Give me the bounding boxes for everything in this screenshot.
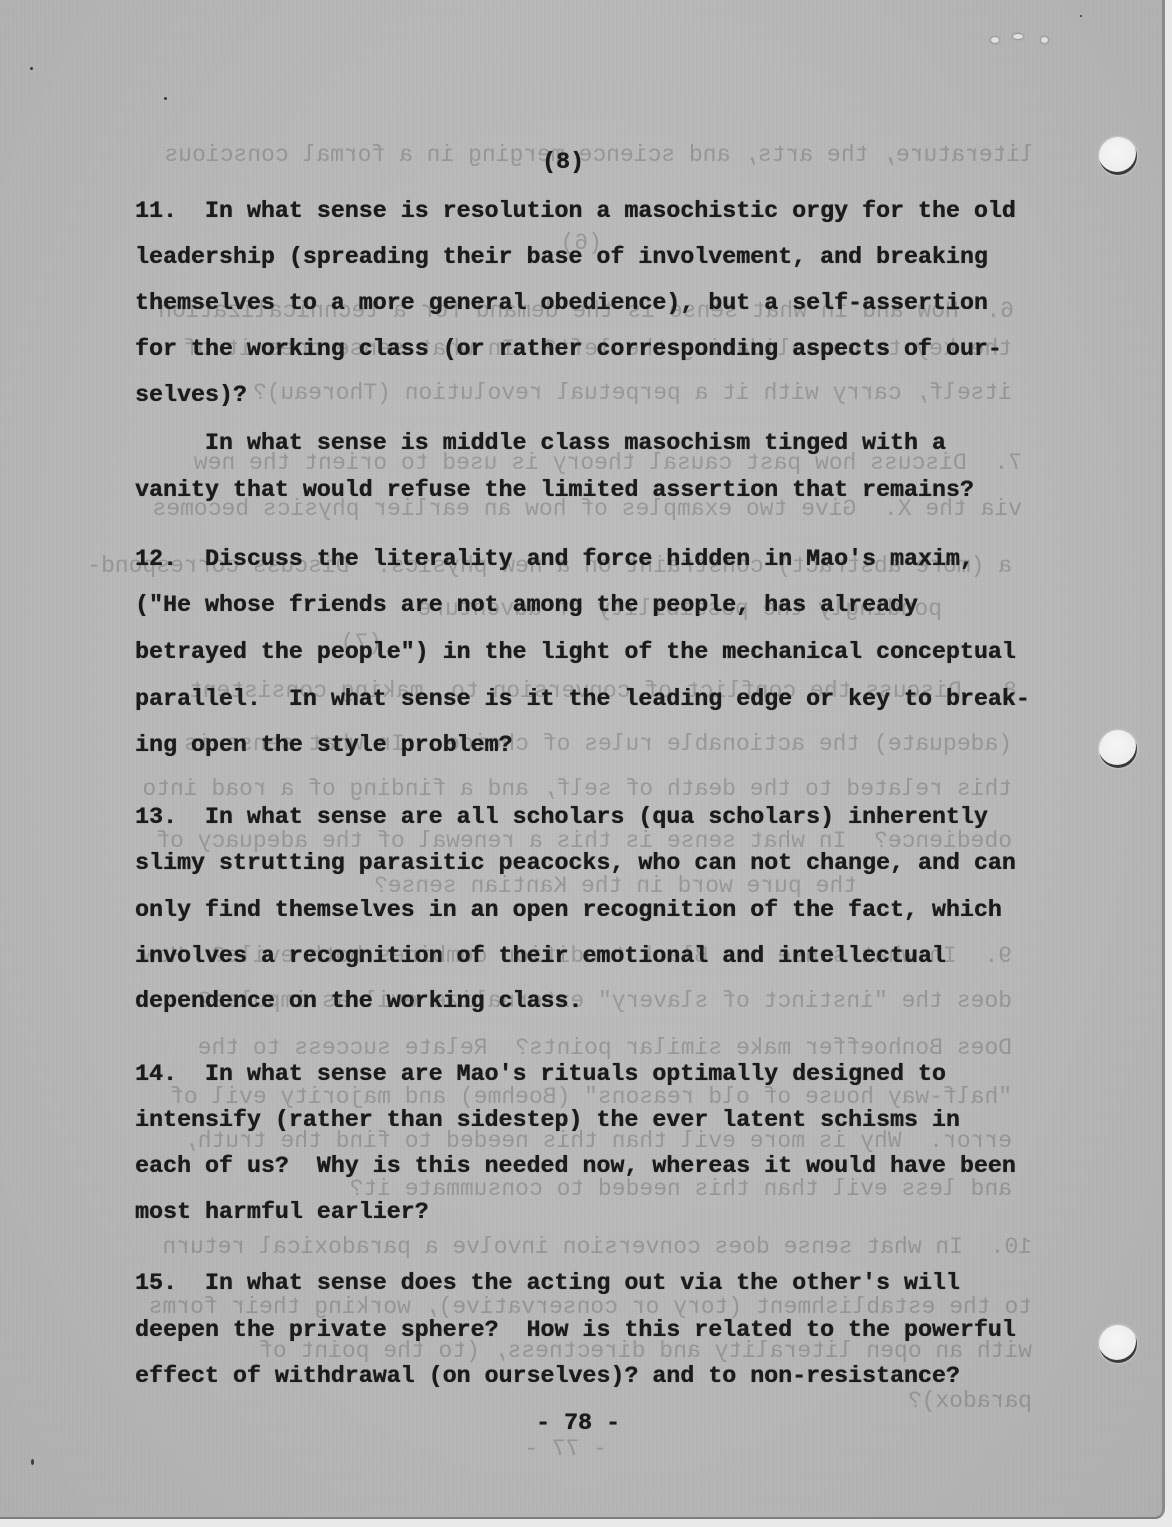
bleed-line: error. Why is more evil than this needed… bbox=[184, 1130, 1012, 1153]
hole-punch-bottom bbox=[1099, 1325, 1137, 1363]
text-line: ("He whose friends are not among the peo… bbox=[135, 594, 918, 617]
bleed-line: Does Bonhoeffer make similar points? Rel… bbox=[198, 1037, 1012, 1060]
text-line: 13. In what sense are all scholars (qua … bbox=[135, 806, 988, 829]
text-line: 14. In what sense are Mao's rituals opti… bbox=[135, 1063, 946, 1086]
scanned-page: literature, the arts, and science mergin… bbox=[0, 0, 1165, 1519]
text-line: dependence on the working class. bbox=[135, 990, 582, 1013]
bleed-page-number: - 77 - bbox=[524, 1438, 607, 1461]
bleed-line: and less evil than this needed to consum… bbox=[349, 1178, 1012, 1201]
text-line: most harmful earlier? bbox=[135, 1201, 429, 1224]
bleed-line: paradox)? bbox=[908, 1390, 1032, 1413]
speck bbox=[1080, 15, 1082, 17]
text-line: effect of withdrawal (on ourselves)? and… bbox=[135, 1365, 960, 1388]
text-line: parallel. In what sense is it the leadin… bbox=[135, 688, 1030, 711]
text-line: intensify (rather than sidestep) the eve… bbox=[135, 1109, 960, 1132]
bleed-line: the pure word in the Kantian sense? bbox=[374, 875, 857, 898]
text-line: involves a recognition of their emotiona… bbox=[135, 945, 946, 968]
text-line: vanity that would refuse the limited ass… bbox=[135, 479, 974, 502]
bleed-line: to the establishment (tory or conservati… bbox=[149, 1296, 1032, 1319]
bleed-line: literature, the arts, and science mergin… bbox=[164, 144, 1034, 167]
staple-mark bbox=[991, 37, 999, 43]
text-line: themselves to a more general obedience),… bbox=[135, 292, 988, 315]
page-number: - 78 - bbox=[536, 1412, 620, 1435]
bleed-line: "half-way house of old reasons" (Boehme)… bbox=[170, 1086, 1012, 1109]
speck bbox=[31, 1459, 34, 1465]
text-line: ing open the style problem? bbox=[135, 734, 512, 757]
text-line: only find themselves in an open recognit… bbox=[135, 899, 1002, 922]
text-line: 11. In what sense is resolution a masoch… bbox=[135, 200, 1016, 223]
text-line: for the working class (or rather corresp… bbox=[135, 338, 1002, 361]
text-line: In what sense is middle class masochism … bbox=[135, 432, 946, 455]
bleed-line: itself, carry with it a perpetual revolu… bbox=[253, 382, 1012, 405]
text-line: deepen the private sphere? How is this r… bbox=[135, 1319, 1016, 1342]
bleed-line: with an open literality and directness, … bbox=[259, 1340, 1032, 1363]
section-label: (8) bbox=[542, 151, 584, 174]
hole-punch-middle bbox=[1099, 730, 1137, 768]
staple-mark bbox=[1013, 34, 1023, 39]
speck bbox=[164, 97, 167, 100]
bleed-line: this related to the death of self, and a… bbox=[142, 778, 1012, 801]
text-line: 15. In what sense does the acting out vi… bbox=[135, 1272, 960, 1295]
text-line: slimy strutting parasitic peacocks, who … bbox=[135, 852, 1016, 875]
text-line: selves)? bbox=[135, 384, 247, 407]
bleed-line: 10. In what sense does conversion involv… bbox=[162, 1236, 1032, 1259]
text-line: leadership (spreading their base of invo… bbox=[135, 246, 988, 269]
text-line: each of us? Why is this needed now, wher… bbox=[135, 1155, 1016, 1178]
staple-mark bbox=[1041, 37, 1048, 43]
speck bbox=[30, 67, 33, 70]
text-line: 12. Discuss the literality and force hid… bbox=[135, 548, 974, 571]
text-line: betrayed the people") in the light of th… bbox=[135, 641, 1016, 664]
hole-punch-top bbox=[1099, 137, 1137, 175]
